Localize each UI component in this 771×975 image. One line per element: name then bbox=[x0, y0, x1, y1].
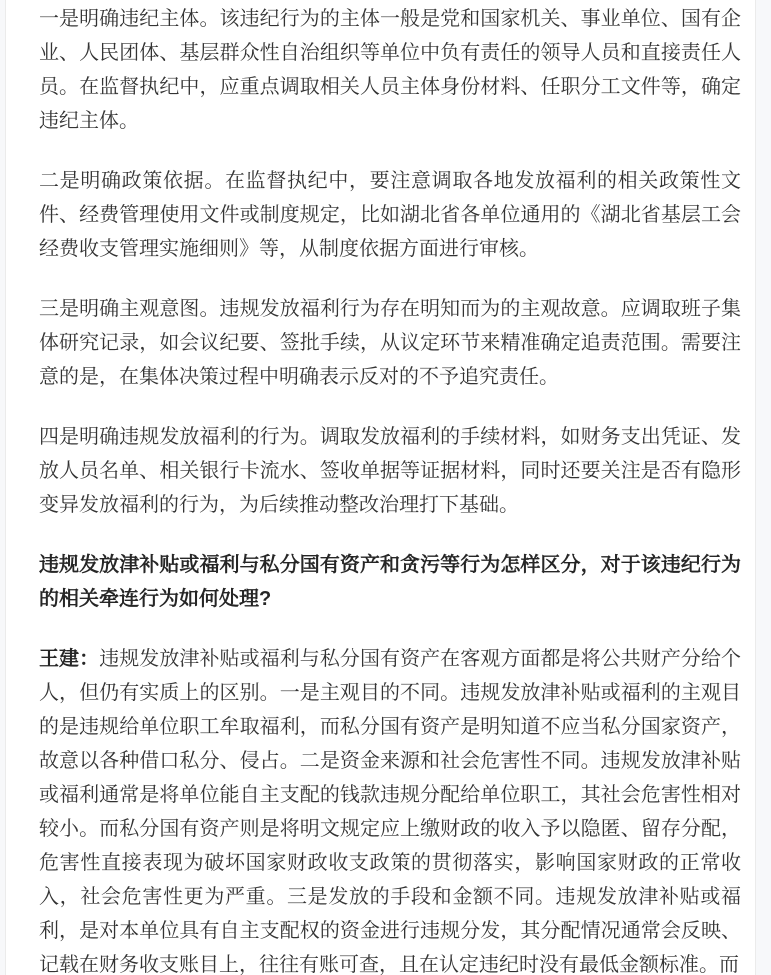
section-heading: 违规发放津补贴或福利与私分国有资产和贪污等行为怎样区分，对于该违纪行为的相关牵连… bbox=[39, 548, 741, 616]
article-content-column: 一是明确违纪主体。该违纪行为的主体一般是党和国家机关、事业单位、国有企业、人民团… bbox=[5, 0, 756, 975]
paragraph: 四是明确违规发放福利的行为。调取发放福利的手续材料，如财务支出凭证、发放人员名单… bbox=[39, 420, 741, 522]
paragraph: 一是明确违纪主体。该违纪行为的主体一般是党和国家机关、事业单位、国有企业、人民团… bbox=[39, 2, 741, 138]
speaker-name: 王建： bbox=[39, 648, 99, 670]
paragraph: 三是明确主观意图。违规发放福利行为存在明知而为的主观故意。应调取班子集体研究记录… bbox=[39, 292, 741, 394]
paragraph: 二是明确政策依据。在监督执纪中，要注意调取各地发放福利的相关政策性文件、经费管理… bbox=[39, 164, 741, 266]
qa-answer-paragraph: 王建：违规发放津补贴或福利与私分国有资产在客观方面都是将公共财产分给个人，但仍有… bbox=[39, 642, 741, 975]
article-body: 一是明确违纪主体。该违纪行为的主体一般是党和国家机关、事业单位、国有企业、人民团… bbox=[39, 2, 741, 975]
article-page: 一是明确违纪主体。该违纪行为的主体一般是党和国家机关、事业单位、国有企业、人民团… bbox=[0, 0, 771, 975]
answer-text: 违规发放津补贴或福利与私分国有资产在客观方面都是将公共财产分给个人，但仍有实质上… bbox=[39, 648, 741, 975]
